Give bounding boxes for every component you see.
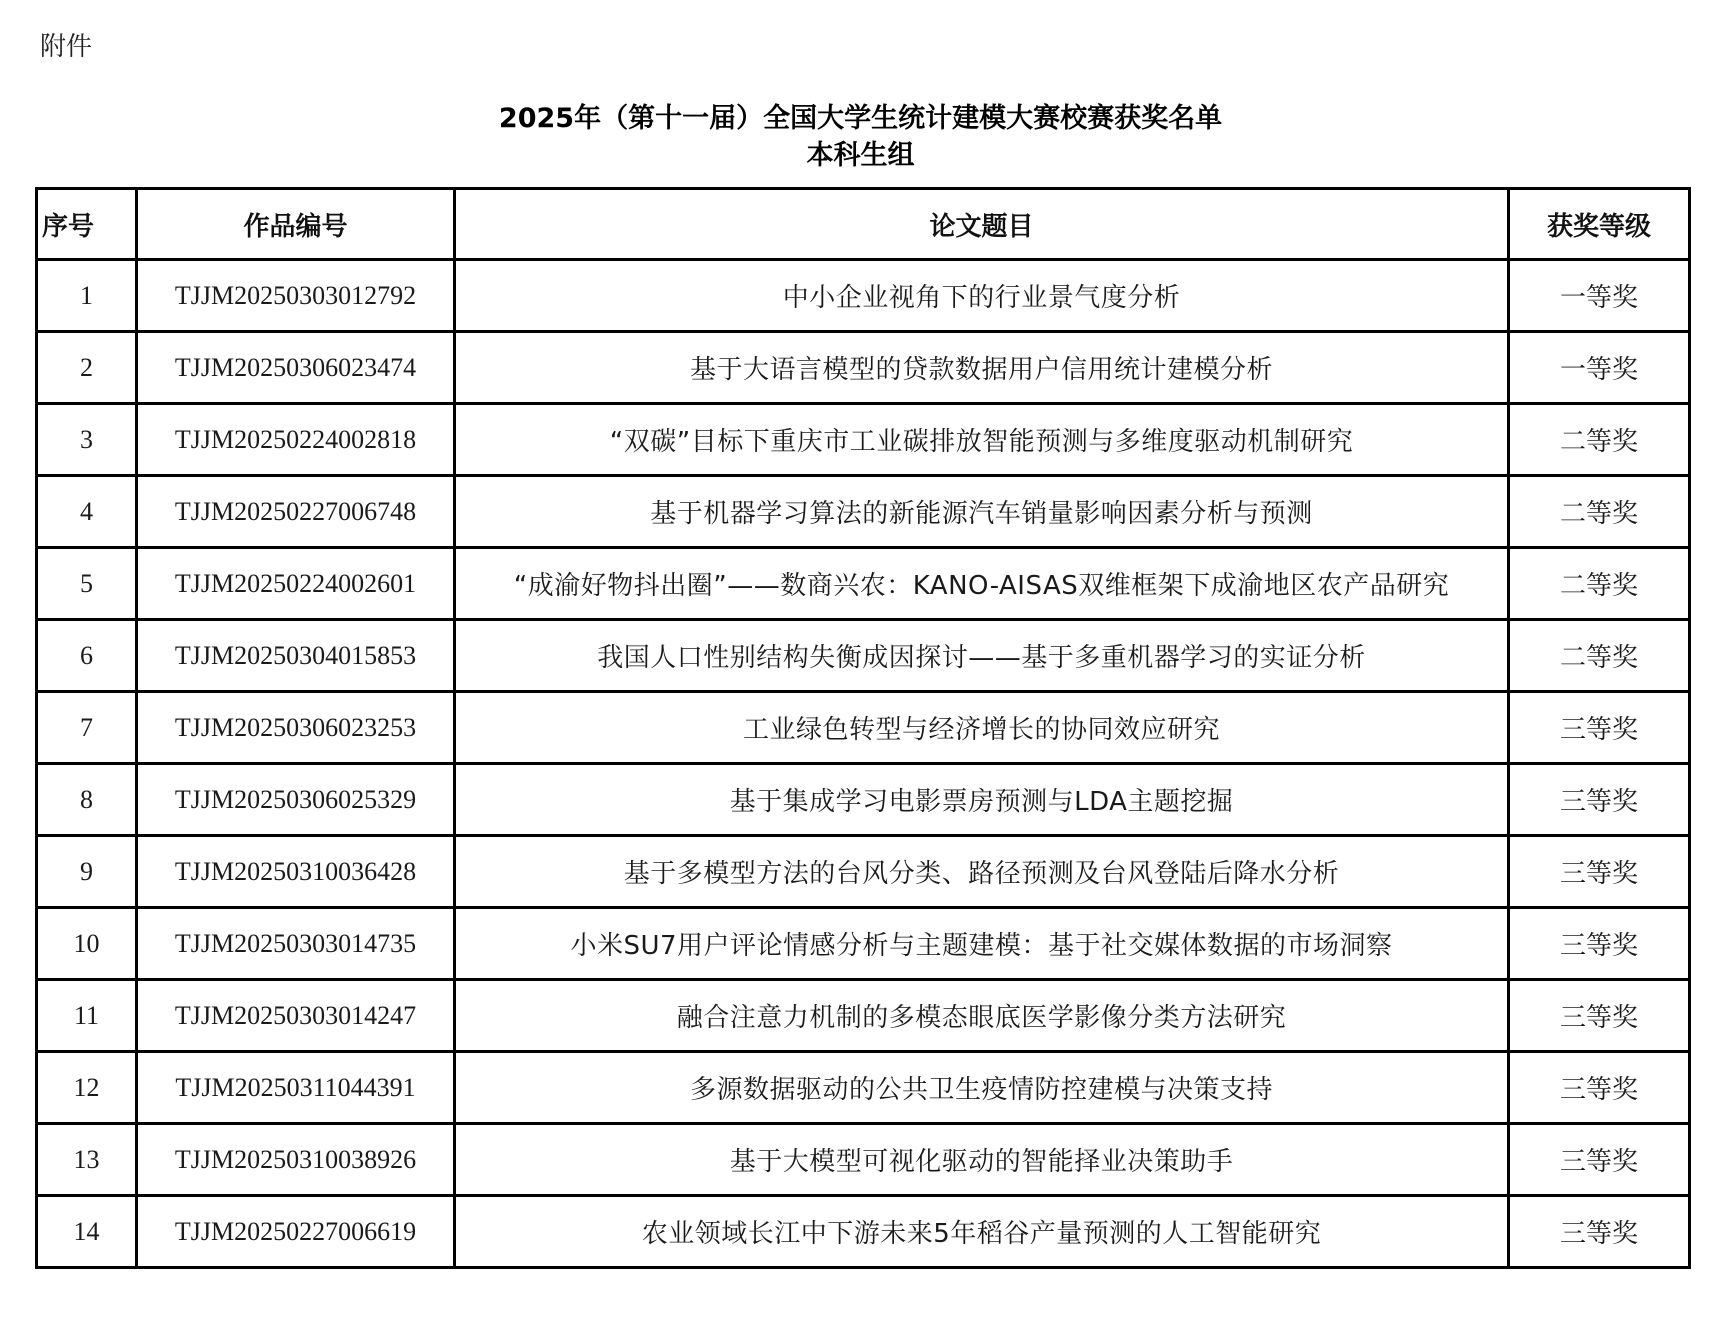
cell-award: 三等奖 (1509, 980, 1690, 1052)
cell-seq: 13 (37, 1124, 137, 1196)
cell-award: 三等奖 (1509, 908, 1690, 980)
table-row: 6TJJM20250304015853我国人口性别结构失衡成因探讨——基于多重机… (37, 620, 1690, 692)
cell-award: 一等奖 (1509, 332, 1690, 404)
cell-id: TJJM20250227006619 (137, 1196, 455, 1268)
cell-id: TJJM20250303014247 (137, 980, 455, 1052)
cell-seq: 4 (37, 476, 137, 548)
cell-title: 基于集成学习电影票房预测与LDA主题挖掘 (455, 764, 1509, 836)
cell-title: 基于大语言模型的贷款数据用户信用统计建模分析 (455, 332, 1509, 404)
cell-seq: 6 (37, 620, 137, 692)
attachment-label: 附件 (40, 30, 92, 64)
cell-award: 二等奖 (1509, 476, 1690, 548)
cell-seq: 10 (37, 908, 137, 980)
cell-title: 小米SU7用户评论情感分析与主题建模：基于社交媒体数据的市场洞察 (455, 908, 1509, 980)
cell-award: 二等奖 (1509, 620, 1690, 692)
title-block: 2025年（第十一届）全国大学生统计建模大赛校赛获奖名单 本科生组 (0, 100, 1721, 174)
cell-seq: 8 (37, 764, 137, 836)
cell-title: “成渝好物抖出圈”——数商兴农：KANO-AISAS双维框架下成渝地区农产品研究 (455, 548, 1509, 620)
table-header-row: 序号 作品编号 论文题目 获奖等级 (37, 189, 1690, 260)
cell-id: TJJM20250304015853 (137, 620, 455, 692)
cell-id: TJJM20250306025329 (137, 764, 455, 836)
cell-title: 融合注意力机制的多模态眼底医学影像分类方法研究 (455, 980, 1509, 1052)
cell-id: TJJM20250311044391 (137, 1052, 455, 1124)
cell-seq: 5 (37, 548, 137, 620)
cell-seq: 1 (37, 260, 137, 332)
table-row: 9TJJM20250310036428基于多模型方法的台风分类、路径预测及台风登… (37, 836, 1690, 908)
award-table: 序号 作品编号 论文题目 获奖等级 1TJJM20250303012792中小企… (35, 187, 1691, 1269)
cell-award: 二等奖 (1509, 548, 1690, 620)
cell-award: 一等奖 (1509, 260, 1690, 332)
cell-seq: 3 (37, 404, 137, 476)
header-title: 论文题目 (455, 189, 1509, 260)
cell-seq: 11 (37, 980, 137, 1052)
cell-award: 三等奖 (1509, 1196, 1690, 1268)
cell-id: TJJM20250306023474 (137, 332, 455, 404)
document-title: 2025年（第十一届）全国大学生统计建模大赛校赛获奖名单 (0, 100, 1721, 137)
cell-title: “双碳”目标下重庆市工业碳排放智能预测与多维度驱动机制研究 (455, 404, 1509, 476)
cell-id: TJJM20250224002818 (137, 404, 455, 476)
cell-title: 农业领域长江中下游未来5年稻谷产量预测的人工智能研究 (455, 1196, 1509, 1268)
cell-award: 三等奖 (1509, 764, 1690, 836)
table-row: 11TJJM20250303014247融合注意力机制的多模态眼底医学影像分类方… (37, 980, 1690, 1052)
cell-id: TJJM20250310038926 (137, 1124, 455, 1196)
cell-award: 二等奖 (1509, 404, 1690, 476)
cell-title: 我国人口性别结构失衡成因探讨——基于多重机器学习的实证分析 (455, 620, 1509, 692)
cell-award: 三等奖 (1509, 692, 1690, 764)
table-row: 14TJJM20250227006619农业领域长江中下游未来5年稻谷产量预测的… (37, 1196, 1690, 1268)
table-row: 7TJJM20250306023253工业绿色转型与经济增长的协同效应研究三等奖 (37, 692, 1690, 764)
document-subtitle: 本科生组 (0, 137, 1721, 174)
cell-id: TJJM20250303012792 (137, 260, 455, 332)
cell-award: 三等奖 (1509, 1124, 1690, 1196)
table-row: 1TJJM20250303012792中小企业视角下的行业景气度分析一等奖 (37, 260, 1690, 332)
cell-award: 三等奖 (1509, 836, 1690, 908)
cell-id: TJJM20250224002601 (137, 548, 455, 620)
header-award: 获奖等级 (1509, 189, 1690, 260)
cell-title: 基于大模型可视化驱动的智能择业决策助手 (455, 1124, 1509, 1196)
table-body: 1TJJM20250303012792中小企业视角下的行业景气度分析一等奖 2T… (37, 260, 1690, 1268)
table-row: 12TJJM20250311044391多源数据驱动的公共卫生疫情防控建模与决策… (37, 1052, 1690, 1124)
cell-award: 三等奖 (1509, 1052, 1690, 1124)
cell-id: TJJM20250306023253 (137, 692, 455, 764)
cell-title: 中小企业视角下的行业景气度分析 (455, 260, 1509, 332)
header-seq: 序号 (37, 189, 137, 260)
table-row: 13TJJM20250310038926基于大模型可视化驱动的智能择业决策助手三… (37, 1124, 1690, 1196)
table-row: 5TJJM20250224002601“成渝好物抖出圈”——数商兴农：KANO-… (37, 548, 1690, 620)
cell-seq: 7 (37, 692, 137, 764)
cell-seq: 2 (37, 332, 137, 404)
cell-title: 基于机器学习算法的新能源汽车销量影响因素分析与预测 (455, 476, 1509, 548)
cell-seq: 12 (37, 1052, 137, 1124)
cell-id: TJJM20250227006748 (137, 476, 455, 548)
cell-seq: 9 (37, 836, 137, 908)
cell-seq: 14 (37, 1196, 137, 1268)
table-row: 3TJJM20250224002818“双碳”目标下重庆市工业碳排放智能预测与多… (37, 404, 1690, 476)
table-row: 4TJJM20250227006748基于机器学习算法的新能源汽车销量影响因素分… (37, 476, 1690, 548)
header-id: 作品编号 (137, 189, 455, 260)
table-row: 8TJJM20250306025329基于集成学习电影票房预测与LDA主题挖掘三… (37, 764, 1690, 836)
cell-id: TJJM20250310036428 (137, 836, 455, 908)
cell-title: 多源数据驱动的公共卫生疫情防控建模与决策支持 (455, 1052, 1509, 1124)
cell-id: TJJM20250303014735 (137, 908, 455, 980)
cell-title: 基于多模型方法的台风分类、路径预测及台风登陆后降水分析 (455, 836, 1509, 908)
table-row: 2TJJM20250306023474基于大语言模型的贷款数据用户信用统计建模分… (37, 332, 1690, 404)
cell-title: 工业绿色转型与经济增长的协同效应研究 (455, 692, 1509, 764)
table-row: 10TJJM20250303014735小米SU7用户评论情感分析与主题建模：基… (37, 908, 1690, 980)
